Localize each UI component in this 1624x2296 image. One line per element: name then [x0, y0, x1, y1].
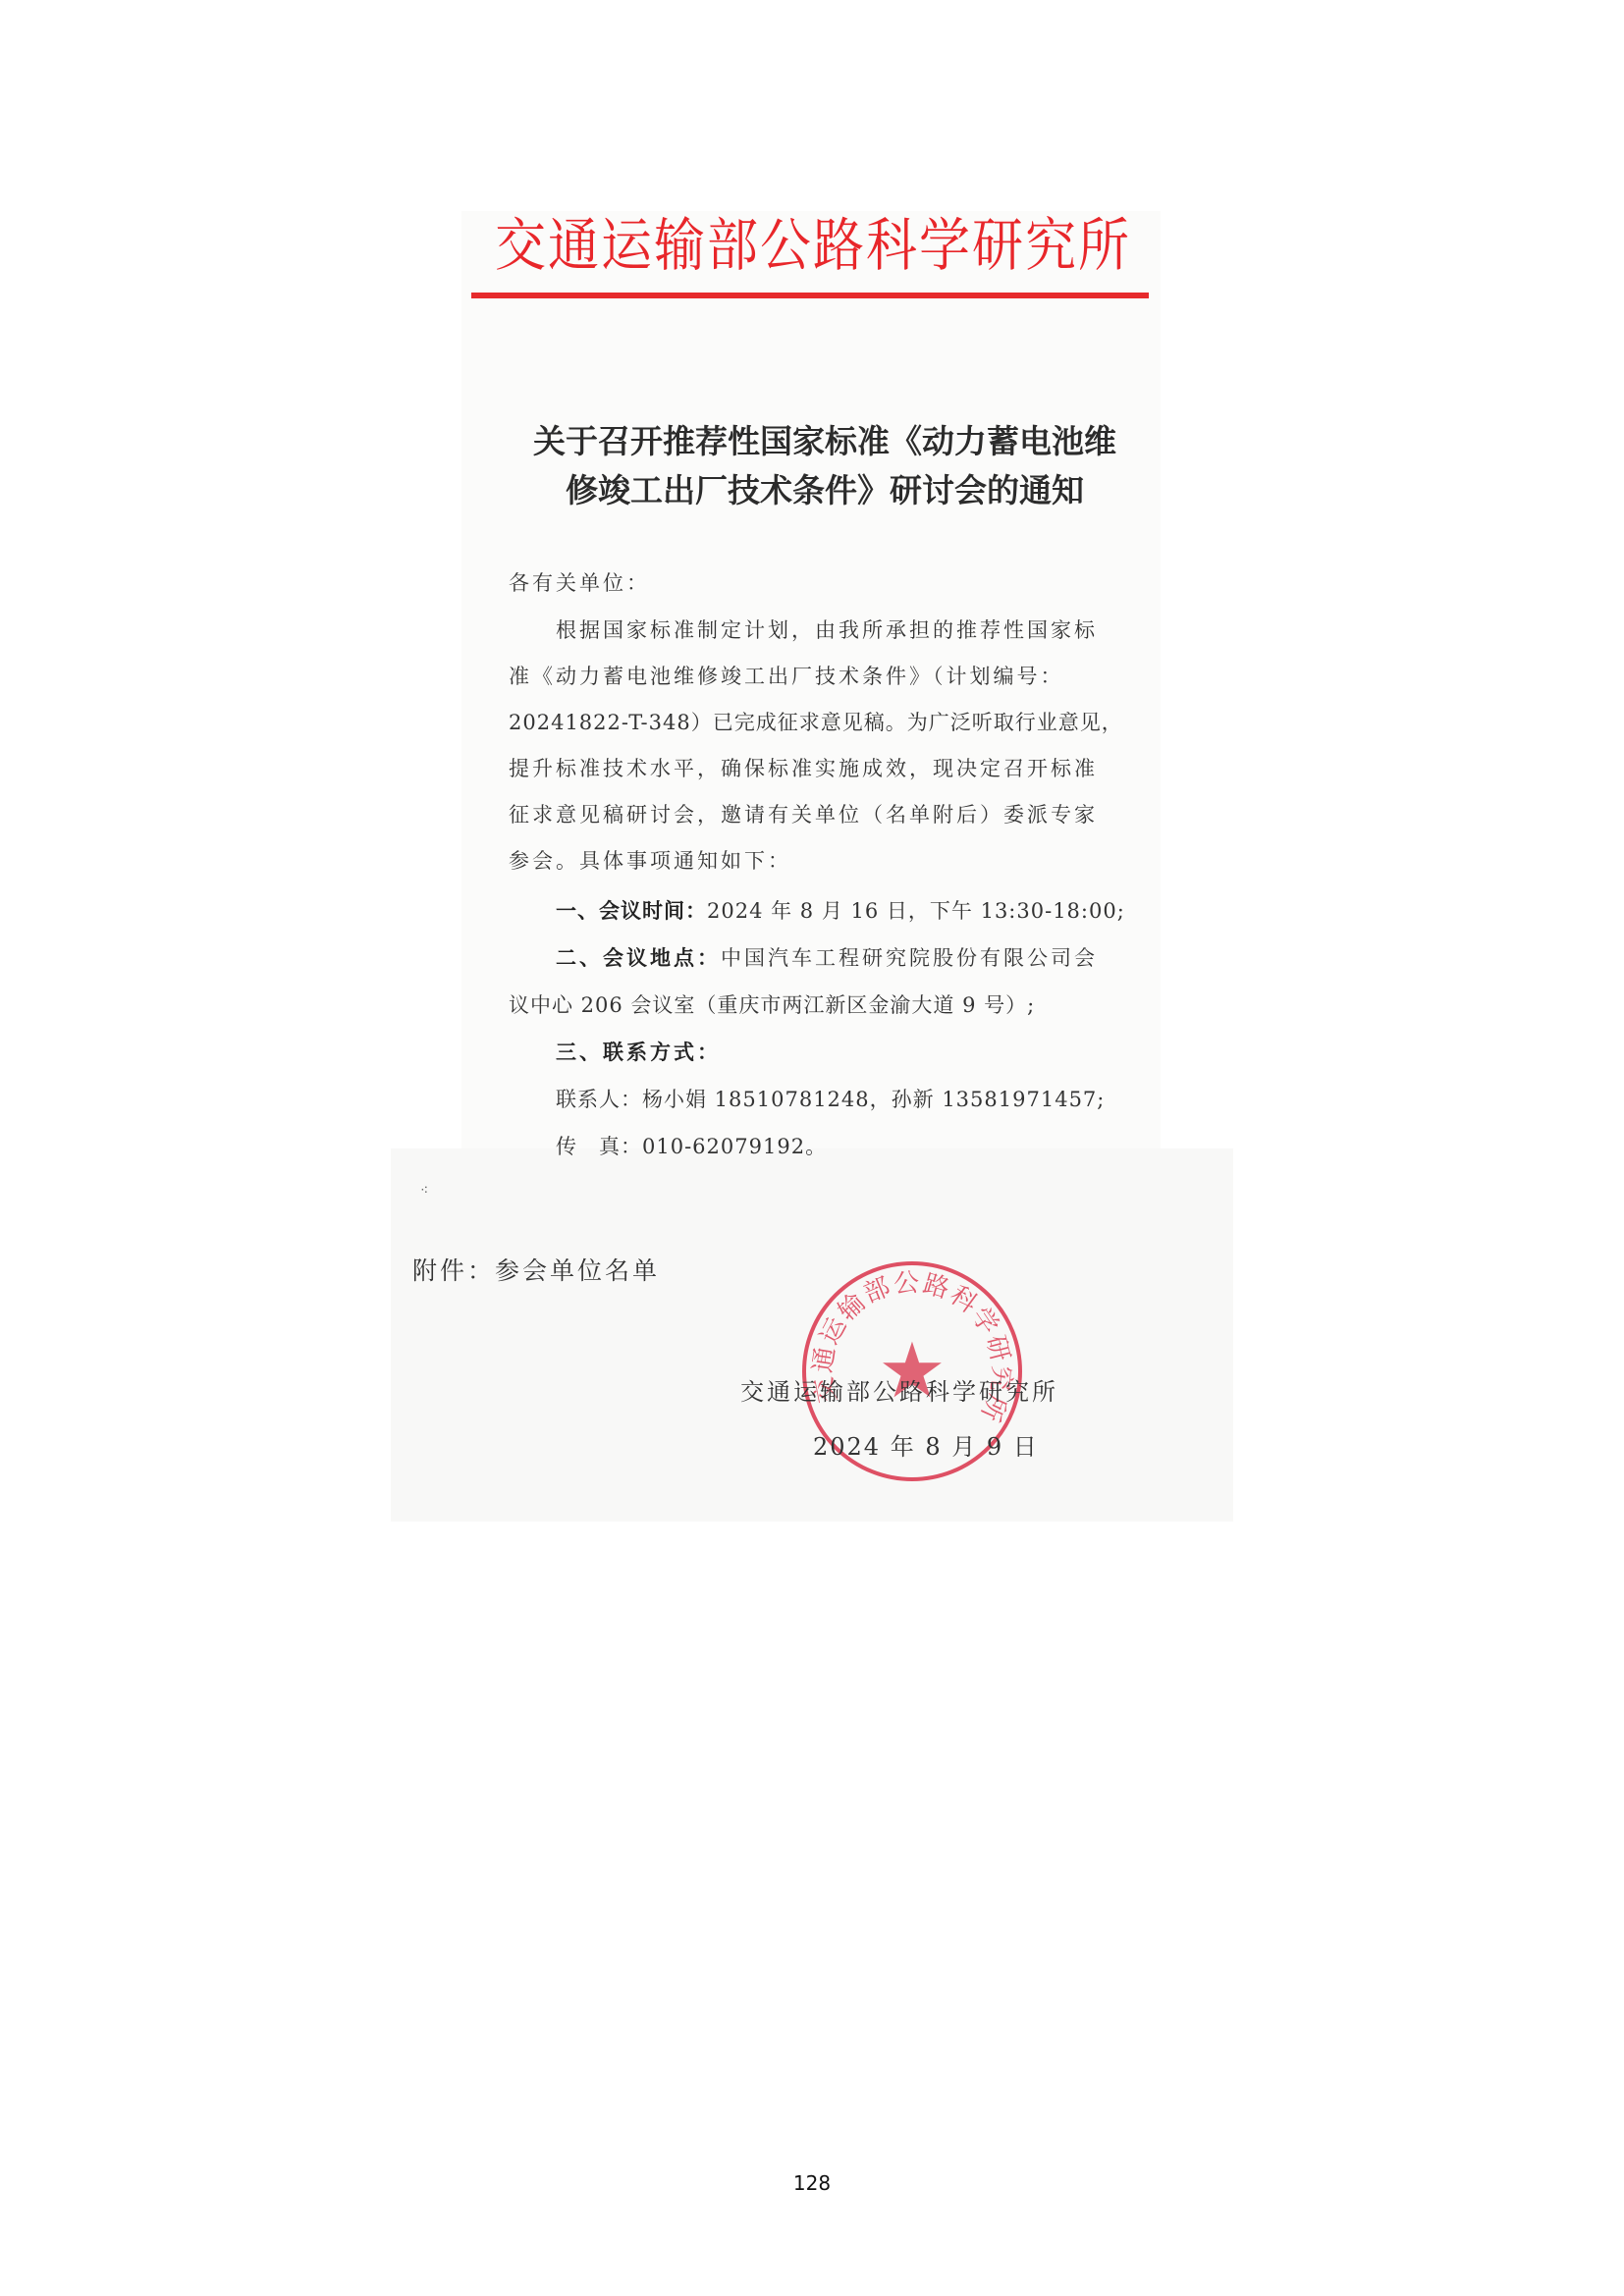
document-title-line-1: 关于召开推荐性国家标准《动力蓄电池维 — [491, 417, 1159, 466]
meeting-location: 二、会议地点：中国汽车工程研究院股份有限公司会 — [556, 942, 1184, 972]
scan-speck: ⁖ — [420, 1183, 428, 1199]
paragraph-line: 20241822-T-348）已完成征求意见稿。为广泛听取行业意见， — [509, 707, 1137, 736]
paragraph-line: 征求意见稿研讨会，邀请有关单位（名单附后）委派专家 — [509, 799, 1137, 828]
fax-number: 传 真：010-62079192。 — [556, 1131, 1184, 1160]
document-title: 关于召开推荐性国家标准《动力蓄电池维 修竣工出厂技术条件》研讨会的通知 — [491, 417, 1159, 515]
salutation: 各有关单位： — [509, 567, 1137, 597]
paragraph-line: 参会。具体事项通知如下： — [509, 845, 1137, 875]
document-title-line-2: 修竣工出厂技术条件》研讨会的通知 — [491, 466, 1159, 515]
attachment-text: 附件：参会单位名单 — [412, 1256, 660, 1285]
contact-persons: 联系人：杨小娟 18510781248，孙新 13581971457; — [556, 1084, 1184, 1113]
meeting-time-label: 一、会议时间： — [556, 898, 707, 923]
meeting-location-continued: 议中心 206 会议室（重庆市两江新区金渝大道 9 号）; — [509, 989, 1137, 1019]
page-number: 128 — [0, 2171, 1624, 2195]
paragraph-line: 根据国家标准制定计划，由我所承担的推荐性国家标 — [509, 614, 1137, 644]
meeting-location-value: 中国汽车工程研究院股份有限公司会 — [721, 946, 1098, 970]
attachment-note: 附件：参会单位名单 — [412, 1252, 660, 1287]
contact-heading: 三、联系方式： — [556, 1037, 1184, 1066]
meeting-time: 一、会议时间：2024 年 8 月 16 日，下午 13:30-18:00; — [556, 895, 1184, 925]
contact-label: 三、联系方式： — [556, 1040, 721, 1064]
meeting-location-label: 二、会议地点： — [556, 945, 721, 970]
signature-organization: 交通运输部公路科学研究所 — [740, 1372, 1058, 1407]
signature-date: 2024 年 8 月 9 日 — [813, 1427, 1039, 1462]
paragraph-line: 提升标准技术水平，确保标准实施成效，现决定召开标准 — [509, 753, 1137, 782]
letterhead-title: 交通运输部公路科学研究所 — [469, 218, 1157, 275]
letterhead-red-rule — [471, 293, 1149, 298]
meeting-time-value: 2024 年 8 月 16 日，下午 13:30-18:00; — [707, 899, 1125, 923]
paragraph-line: 准《动力蓄电池维修竣工出厂技术条件》（计划编号： — [509, 661, 1137, 690]
